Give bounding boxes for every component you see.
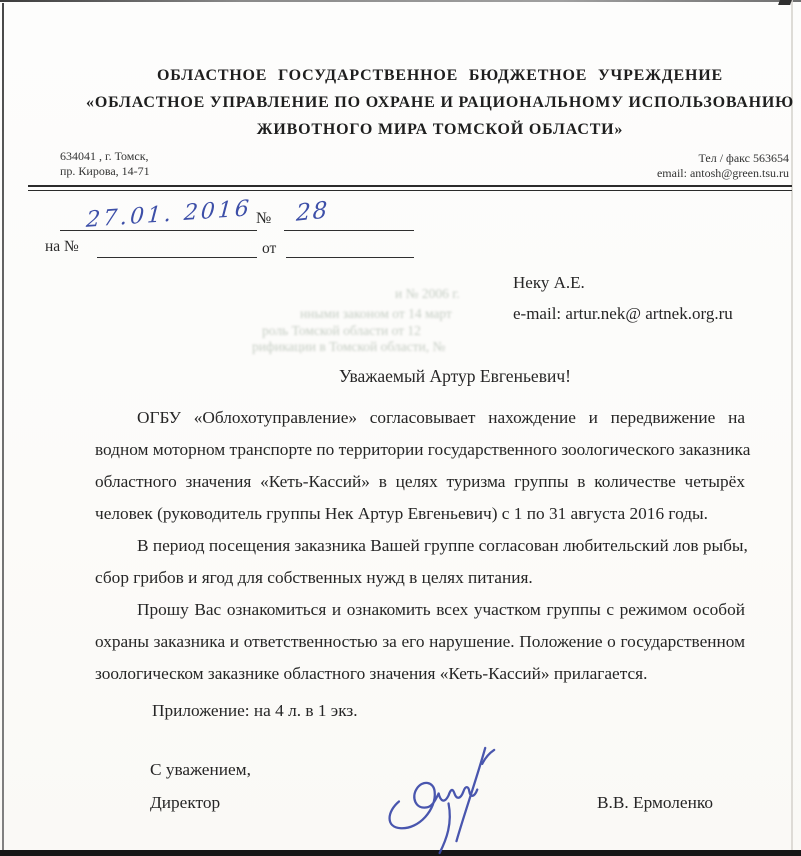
letterhead-divider-thin (28, 190, 792, 191)
paragraph-1: ОГБУ «Облохотуправление» согласовывает н… (95, 402, 745, 530)
from-underline (286, 257, 414, 258)
sender-address: 634041 , г. Томск, пр. Кирова, 14-71 (60, 149, 150, 179)
body-line: водном моторном транспорте по территории… (95, 434, 745, 466)
paragraph-2: В период посещения заказника Вашей групп… (95, 530, 745, 594)
handwritten-number: 28 (296, 197, 330, 227)
body-line: человек (руководитель группы Нек Артур Е… (95, 498, 745, 530)
scanned-letter-page: ОБЛАСТНОЕ ГОСУДАРСТВЕННОЕ БЮДЖЕТНОЕ УЧРЕ… (0, 0, 801, 856)
org-name-line1: ОБЛАСТНОЕ ГОСУДАРСТВЕННОЕ БЮДЖЕТНОЕ УЧРЕ… (80, 62, 800, 89)
salutation: Уважаемый Артур Евгеньевич! (130, 366, 780, 387)
body-line: В период посещения заказника Вашей групп… (95, 530, 745, 562)
number-underline (284, 230, 414, 231)
org-name-line3: ЖИВОТНОГО МИРА ТОМСКОЙ ОБЛАСТИ» (80, 116, 800, 143)
body-line: сбор грибов и ягод для собственных нужд … (95, 562, 745, 594)
date-underline (60, 230, 257, 231)
body-line: областного значения «Кеть-Кассий» в целя… (95, 466, 745, 498)
signer-name: В.В. Ермоленко (597, 793, 713, 813)
recipient-block: Неку А.Е. e-mail: artur.nek@ artnek.org.… (513, 267, 733, 329)
from-label: от (262, 240, 276, 258)
body-line: охраны заказника и ответственностью за е… (95, 626, 745, 658)
paragraph-3: Прошу Вас ознакомиться и ознакомить всех… (95, 594, 745, 690)
phone-fax: Тел / факс 563654 (657, 151, 789, 166)
bleedthrough-line: рификации в Томской области, № (252, 339, 445, 355)
body-line: зоологическом заказнике областного значе… (95, 658, 745, 690)
director-signature-icon (380, 742, 525, 856)
bleedthrough-line: роль Томской области от 12 (262, 323, 421, 339)
bleedthrough-line: и № 2006 г. (395, 286, 460, 302)
letterhead: ОБЛАСТНОЕ ГОСУДАРСТВЕННОЕ БЮДЖЕТНОЕ УЧРЕ… (80, 62, 800, 143)
recipient-email: e-mail: artur.nek@ artnek.org.ru (513, 298, 733, 329)
org-name-line2: «ОБЛАСТНОЕ УПРАВЛЕНИЕ ПО ОХРАНЕ И РАЦИОН… (80, 89, 800, 116)
in-reply-underline (97, 257, 257, 258)
signer-title: Директор (150, 793, 220, 813)
number-sign: № (256, 210, 271, 228)
address-line2: пр. Кирова, 14-71 (60, 164, 150, 179)
attachment-note: Приложение: на 4 л. в 1 экз. (152, 701, 358, 721)
sender-email: email: antosh@green.tsu.ru (657, 166, 789, 181)
closing-phrase: С уважением, (150, 760, 251, 780)
scan-edge-left (2, 3, 4, 851)
scan-corner-mark (778, 0, 792, 5)
sender-contacts: Тел / факс 563654 email: antosh@green.ts… (657, 151, 789, 181)
recipient-name: Неку А.Е. (513, 267, 733, 298)
handwritten-date: 27.01. 2016 (85, 196, 252, 233)
body-line: ОГБУ «Облохотуправление» согласовывает н… (95, 402, 745, 434)
body-line: Прошу Вас ознакомиться и ознакомить всех… (95, 594, 745, 626)
letterhead-divider-thick (28, 185, 792, 187)
in-reply-to-label: на № (45, 238, 79, 256)
bleedthrough-line: нными законом от 14 март (300, 306, 452, 322)
scan-edge-top (0, 0, 801, 2)
address-line1: 634041 , г. Томск, (60, 149, 150, 164)
